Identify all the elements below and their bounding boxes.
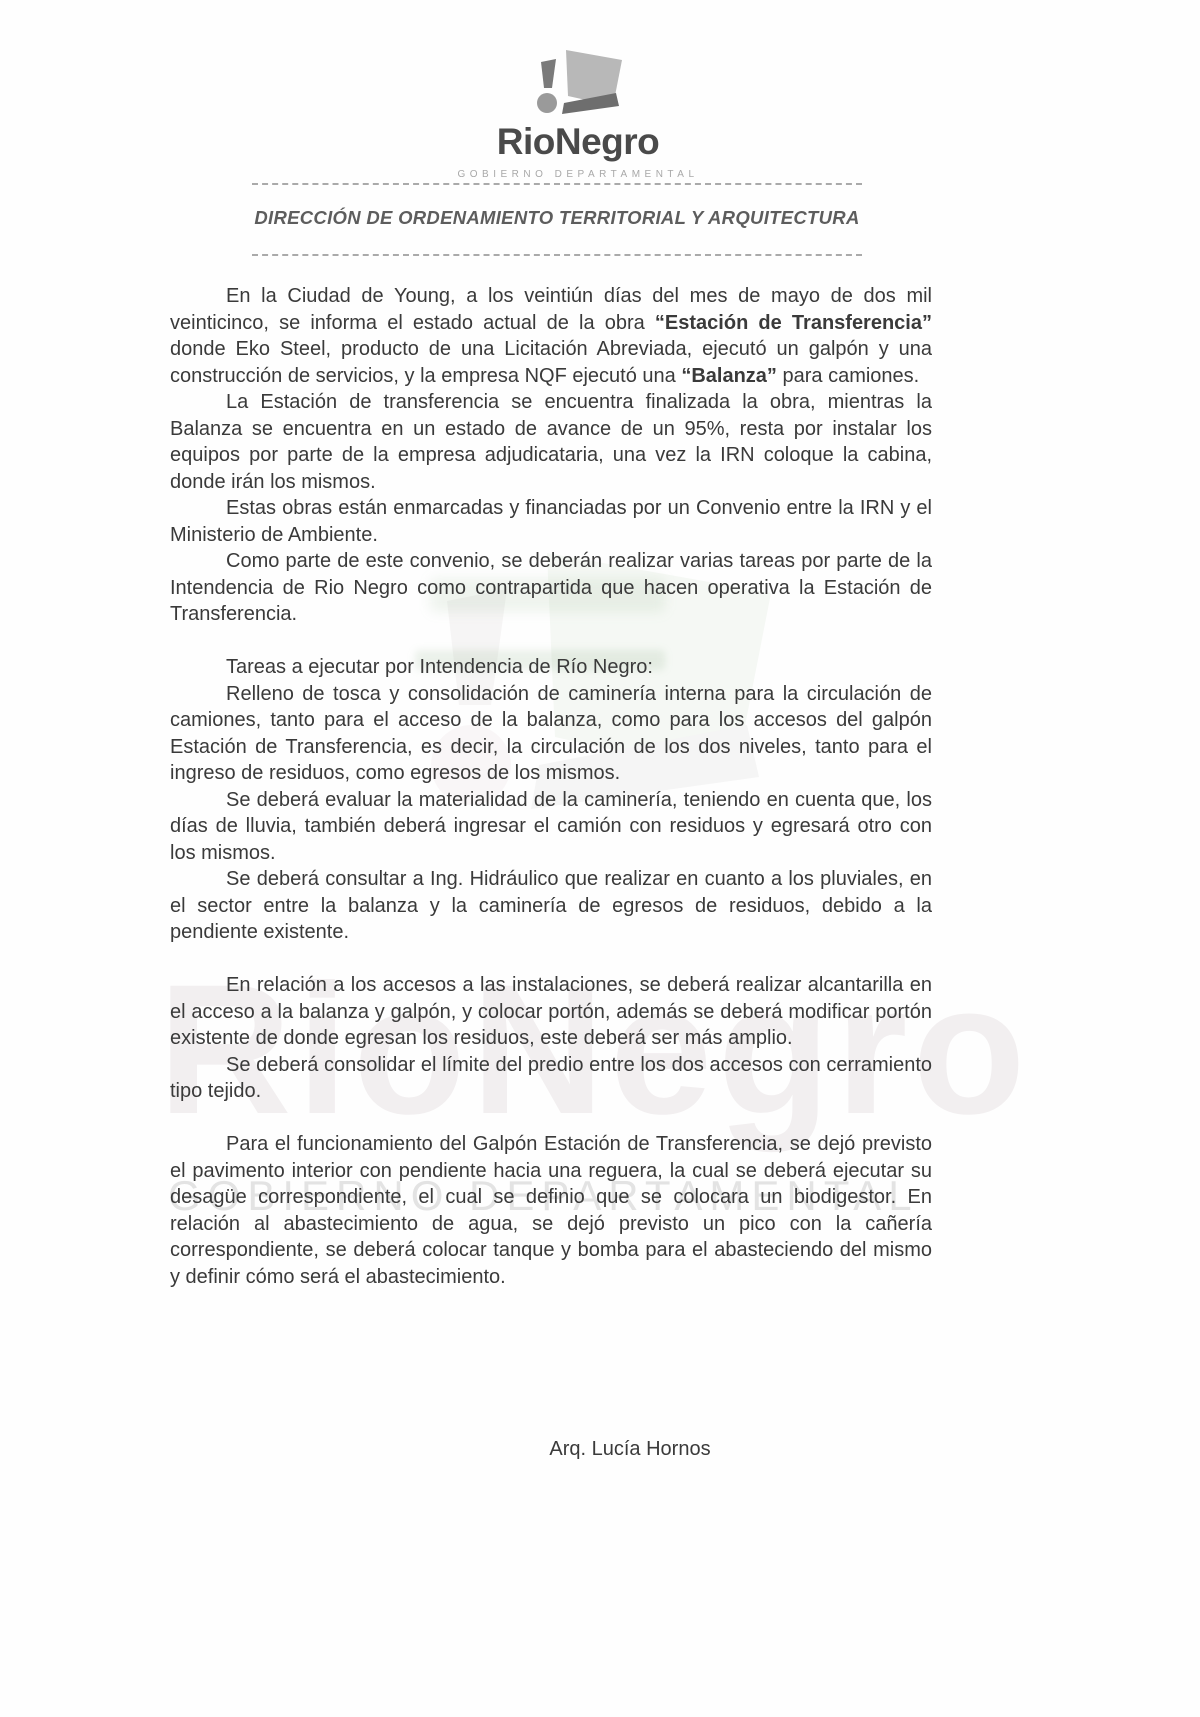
text-segment: Estas obras están enmarcadas y financiad… <box>170 497 932 546</box>
text-segment: La Estación de transferencia se encuentr… <box>170 391 932 493</box>
paragraph: Relleno de tosca y consolidación de cami… <box>170 681 932 787</box>
paragraph: En relación a los accesos a las instalac… <box>170 972 932 1052</box>
header-divider-top <box>252 183 862 185</box>
letterhead-logo: RioNegro GOBIERNO DEPARTAMENTAL <box>0 48 1156 180</box>
text-segment: Relleno de tosca y consolidación de cami… <box>170 683 932 785</box>
paragraph: La Estación de transferencia se encuentr… <box>170 389 932 495</box>
paragraph: Se deberá consultar a Ing. Hidráulico qu… <box>170 866 932 946</box>
text-segment: Se deberá consolidar el límite del predi… <box>170 1054 932 1103</box>
document-body: En la Ciudad de Young, a los veintiún dí… <box>170 283 932 1290</box>
bold-text-segment: “Balanza” <box>681 365 777 387</box>
paragraph: Tareas a ejecutar por Intendencia de Río… <box>170 654 932 681</box>
text-segment: Tareas a ejecutar por Intendencia de Río… <box>226 656 653 678</box>
logo-wordmark: RioNegro <box>0 123 1156 162</box>
text-segment: Se deberá consultar a Ing. Hidráulico qu… <box>170 868 932 943</box>
department-title: DIRECCIÓN DE ORDENAMIENTO TERRITORIAL Y … <box>232 207 882 229</box>
paragraph: Como parte de este convenio, se deberán … <box>170 548 932 628</box>
paragraph: Estas obras están enmarcadas y financiad… <box>170 495 932 548</box>
signature-name: Arq. Lucía Hornos <box>0 1438 1200 1461</box>
text-segment: Como parte de este convenio, se deberán … <box>170 550 932 625</box>
document-page: RioNegro GOBIERNO DEPARTAMENTAL RioNegro… <box>0 0 1200 1717</box>
text-segment: En relación a los accesos a las instalac… <box>170 974 932 1049</box>
logo-tagline: GOBIERNO DEPARTAMENTAL <box>0 169 1156 180</box>
bold-text-segment: “Estación de Transferencia” <box>655 312 932 334</box>
paragraph: En la Ciudad de Young, a los veintiún dí… <box>170 283 932 389</box>
text-segment: Se deberá evaluar la materialidad de la … <box>170 789 932 864</box>
rionegro-logo-icon <box>527 48 629 118</box>
text-segment: Para el funcionamiento del Galpón Estaci… <box>170 1133 932 1288</box>
paragraph: Se deberá evaluar la materialidad de la … <box>170 787 932 867</box>
paragraph: Para el funcionamiento del Galpón Estaci… <box>170 1131 932 1290</box>
header-divider-bottom <box>252 254 862 256</box>
paragraph: Se deberá consolidar el límite del predi… <box>170 1052 932 1105</box>
text-segment: para camiones. <box>777 365 919 387</box>
